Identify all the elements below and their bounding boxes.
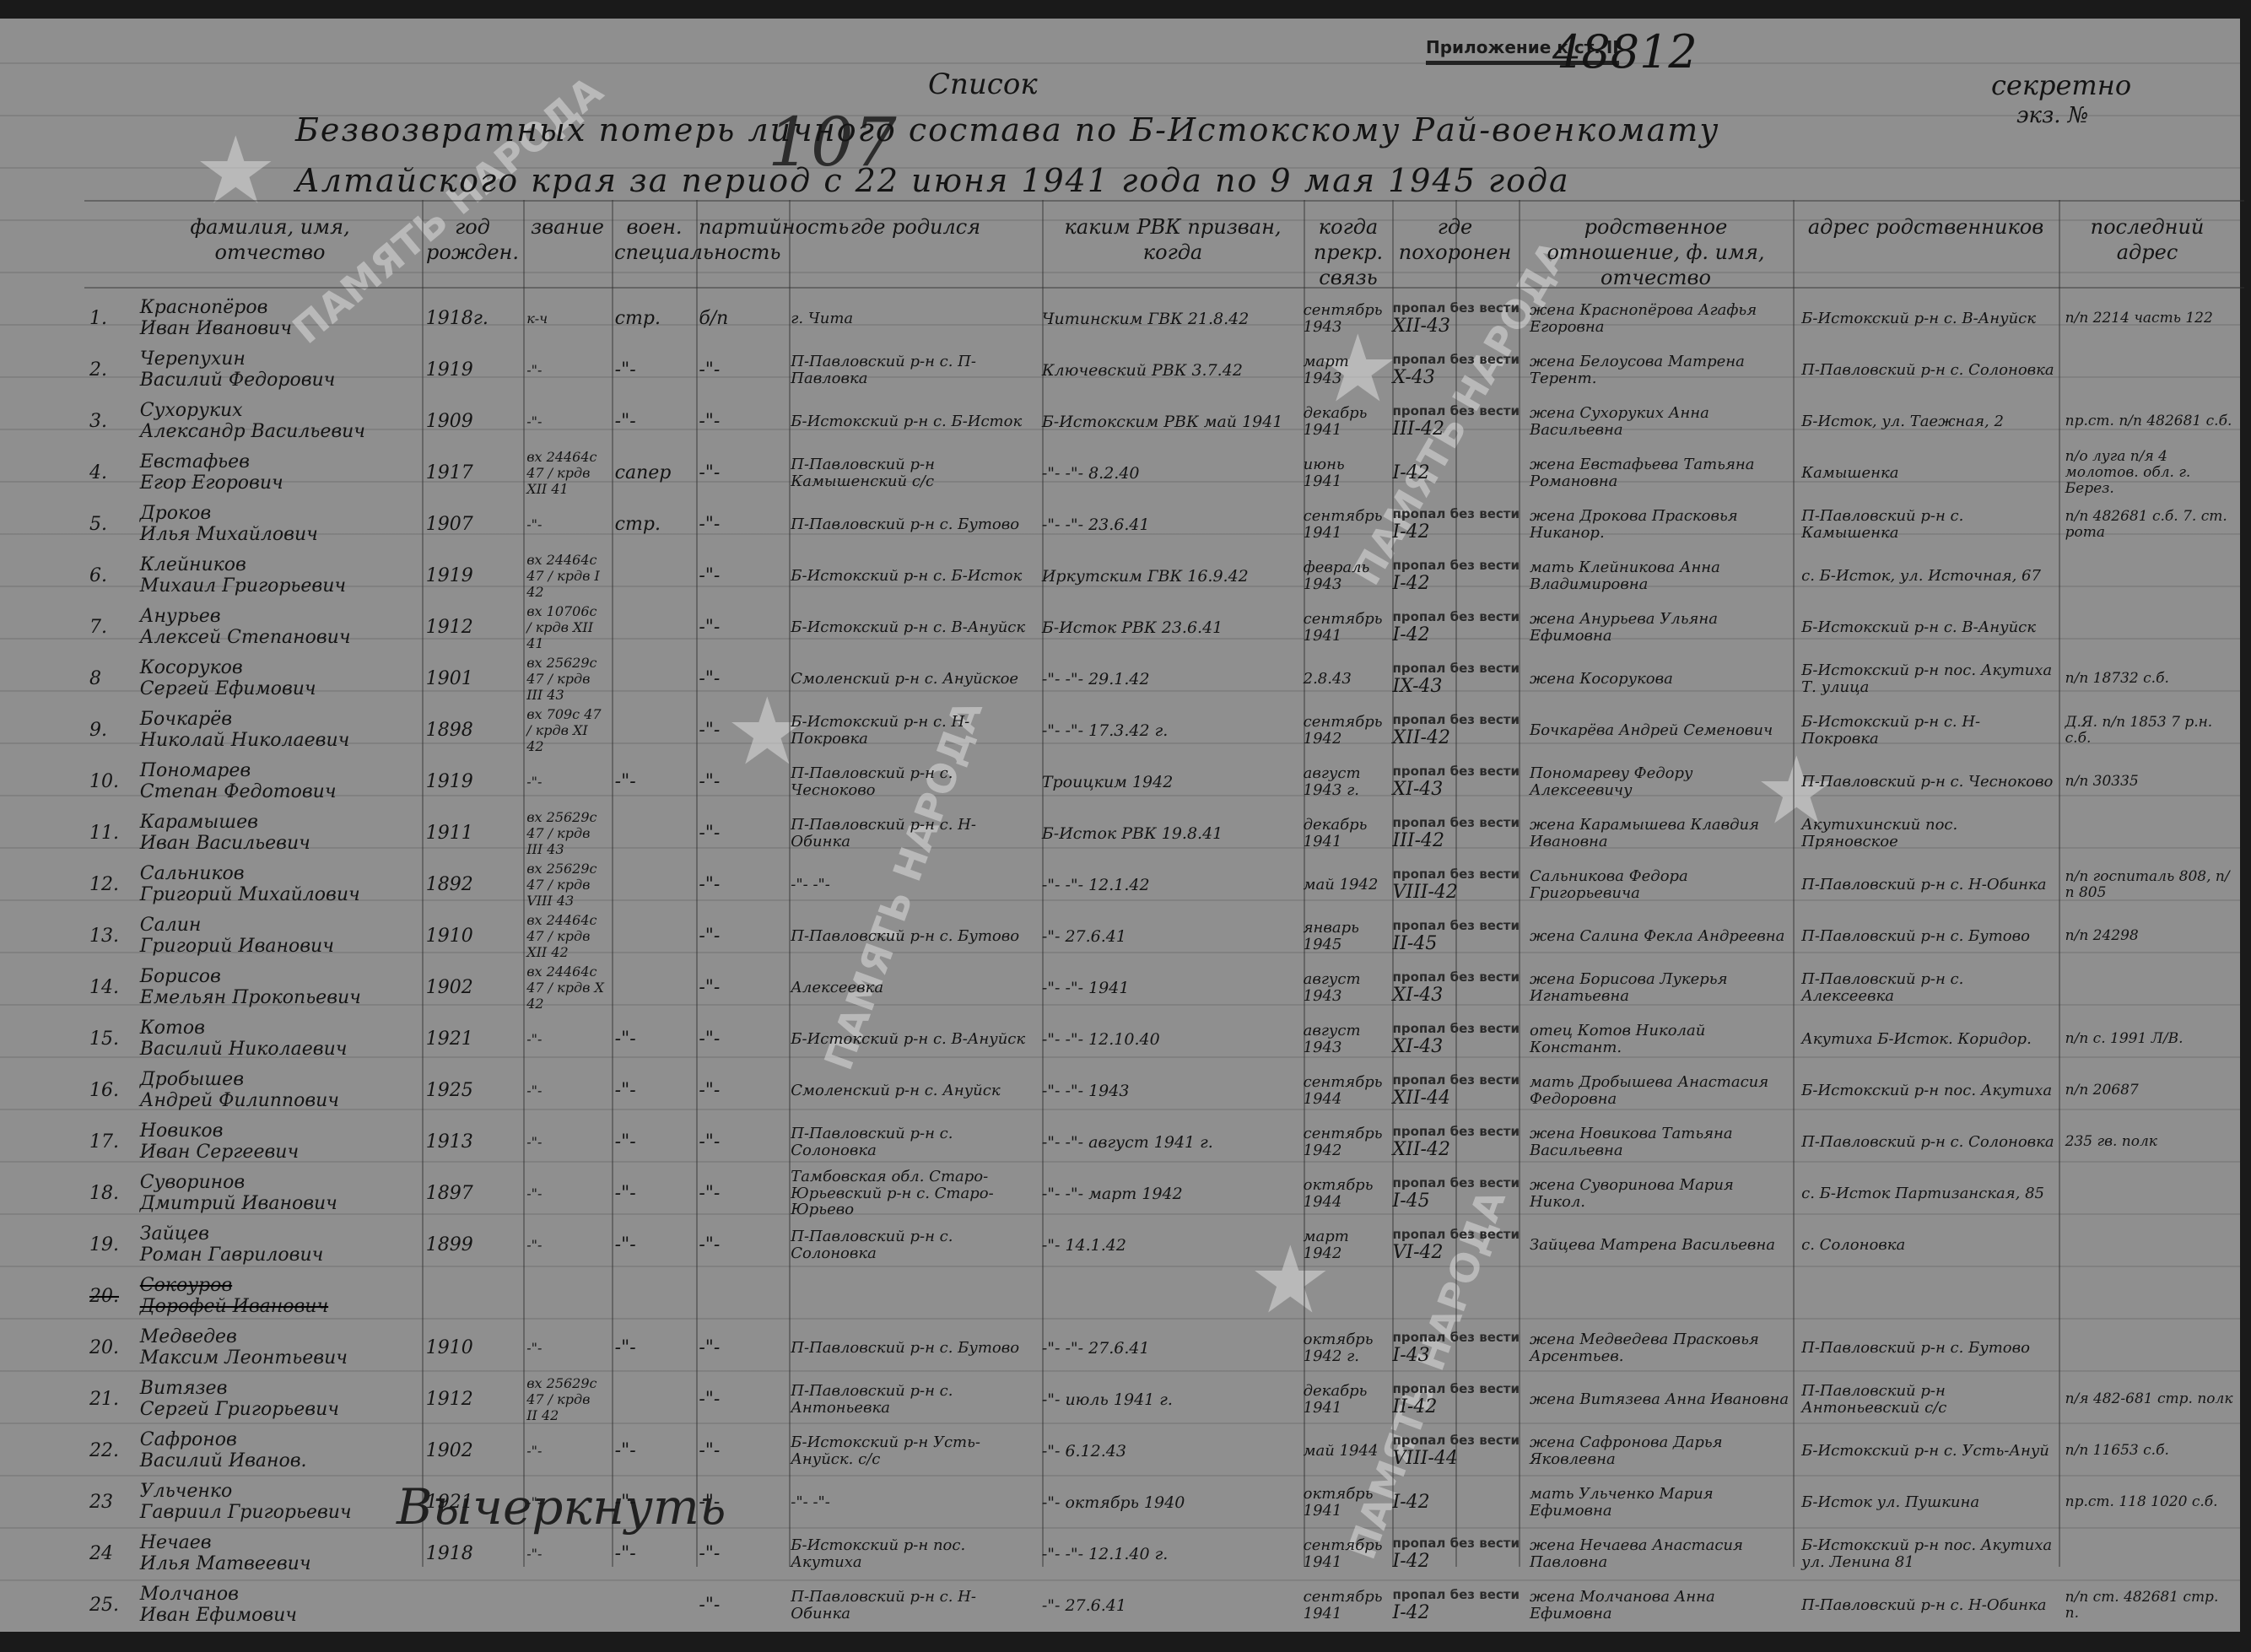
cell-year: 1902 (421, 962, 521, 1013)
cell-year: 1910 (421, 1322, 521, 1374)
strike-annotation: Вычеркнуть (397, 1478, 726, 1536)
cell-last-address: п/п госпиталь 808, п/п 805 (2060, 859, 2240, 910)
table-row: 4. ЕвстафьевЕгор Егорович 1917 вх 24464с… (84, 447, 2240, 499)
cell-relative: отец Котов Николай Констант. (1525, 1013, 1796, 1065)
cell-buried: пропал без вестиVIII-42 (1388, 859, 1525, 910)
cell-year (421, 1579, 521, 1631)
cell-year: 1912 (421, 1374, 521, 1425)
column-header-relative: родственное отношение, ф. имя, отчество (1523, 214, 1789, 290)
cell-lost-contact: сентябрь 1942 (1298, 1116, 1388, 1168)
missing-status: пропал без вести (1393, 506, 1520, 521)
cell-num: 1. (84, 293, 135, 344)
cell-num: 14. (84, 962, 135, 1013)
cell-last-address: п/п 30335 (2060, 756, 2240, 807)
cell-name: НовиковИван Сергеевич (135, 1116, 421, 1168)
cell-last-address: 235 гв. полк (2060, 1116, 2240, 1168)
cell-spec: стр. (610, 499, 694, 550)
cell-buried: пропал без вестиXII-42 (1388, 1116, 1525, 1168)
page-title: Список (928, 67, 1038, 101)
cell-num: 16. (84, 1065, 135, 1116)
column-header-last-address: последний адрес (2063, 214, 2232, 265)
cell-birthplace: П-Павловский р-н с. Солоновка (785, 1219, 1037, 1271)
cell-spec (610, 1374, 694, 1425)
cell-spec: -"- (610, 1168, 694, 1219)
cell-name: СальниковГригорий Михайлович (135, 859, 421, 910)
cell-relative (1525, 1271, 1796, 1322)
missing-status: пропал без вести (1393, 1175, 1520, 1190)
cell-name: СафроновВасилий Иванов. (135, 1425, 421, 1477)
surname: Пономарев (140, 761, 416, 781)
cell-year: 1910 (421, 910, 521, 962)
table-row: 19. ЗайцевРоман Гаврилович 1899 -"- -"- … (84, 1219, 2240, 1271)
cell-name: СувориновДмитрий Иванович (135, 1168, 421, 1219)
buried-value: I-42 (1393, 1602, 1430, 1623)
cell-birthplace: П-Павловский р-н с. Бутово (785, 910, 1037, 962)
buried-value: I-42 (1393, 573, 1430, 594)
cell-relative-address: с. Б-Исток, ул. Источная, 67 (1796, 550, 2059, 602)
cell-spec: стр. (610, 293, 694, 344)
cell-spec: -"- (610, 1528, 694, 1579)
cell-last-address (2060, 1271, 2240, 1322)
cell-buried: пропал без вестиIII-42 (1388, 396, 1525, 447)
cell-name: БорисовЕмельян Прокопьевич (135, 962, 421, 1013)
table-row: 6. КлейниковМихаил Григорьевич 1919 вх 2… (84, 550, 2240, 602)
buried-value: XII-42 (1393, 727, 1450, 748)
given-names: Сергей Григорьевич (140, 1400, 416, 1420)
cell-relative: жена Дрокова Прасковья Никанор. (1525, 499, 1796, 550)
cell-relative: жена Нечаева Анастасия Павловна (1525, 1528, 1796, 1579)
cell-lost-contact (1298, 1271, 1388, 1322)
cell-buried: пропал без вестиX-43 (1388, 344, 1525, 396)
cell-birthplace: Б-Истокский р-н Усть-Ануйск. с/с (785, 1425, 1037, 1477)
cell-last-address: пр.ст. 118 1020 с.б. (2060, 1477, 2240, 1528)
cell-drafted: Читинским ГВК 21.8.42 (1037, 293, 1298, 344)
missing-status: пропал без вести (1393, 764, 1520, 779)
cell-relative-address: Б-Истокский р-н с. В-Ануйск (1796, 602, 2059, 653)
cell-drafted: -"- -"- 1943 (1037, 1065, 1298, 1116)
cell-birthplace: -"- -"- (785, 1477, 1037, 1528)
given-names: Иван Иванович (140, 319, 416, 339)
cell-drafted: Ключевский РВК 3.7.42 (1037, 344, 1298, 396)
column-header-name: фамилия, имя, отчество (135, 214, 405, 265)
cell-spec (610, 910, 694, 962)
cell-spec (610, 705, 694, 756)
cell-last-address: п/я 482-681 стр. полк (2060, 1374, 2240, 1425)
cell-buried: пропал без вестиI-45 (1388, 1168, 1525, 1219)
cell-party: -"- (694, 705, 785, 756)
cell-year: 1898 (421, 705, 521, 756)
cell-name: КарамышевИван Васильевич (135, 807, 421, 859)
cell-relative-address: П-Павловский р-н с. Солоновка (1796, 344, 2059, 396)
cell-name: СухорукихАлександр Васильевич (135, 396, 421, 447)
cell-last-address: п/п 18732 с.б. (2060, 653, 2240, 705)
cell-num: 24 (84, 1528, 135, 1579)
cell-year: 1925 (421, 1065, 521, 1116)
buried-value: I-43 (1393, 1345, 1430, 1366)
cell-drafted: -"- 27.6.41 (1037, 1579, 1298, 1631)
cell-num: 19. (84, 1219, 135, 1271)
cell-rank: вх 25629с 47 / крдв III 43 (521, 653, 609, 705)
cell-buried: пропал без вестиXI-43 (1388, 756, 1525, 807)
column-header-buried: где похоронен (1394, 214, 1516, 265)
cell-last-address: Д.Я. п/п 1853 7 р.н. с.б. (2060, 705, 2240, 756)
cell-buried: пропал без вестиII-42 (1388, 1374, 1525, 1425)
buried-value: XI-43 (1393, 985, 1444, 1006)
cell-last-address: п/п с. 1991 Л/В. (2060, 1013, 2240, 1065)
cell-rank: вх 24464с 47 / крдв XII 42 (521, 910, 609, 962)
cell-num: 4. (84, 447, 135, 499)
cell-relative: жена Витязева Анна Ивановна (1525, 1374, 1796, 1425)
cell-relative-address: Б-Истокский р-н пос. Акутиха ул. Ленина … (1796, 1528, 2059, 1579)
column-header-party: партийность (699, 214, 787, 240)
cell-drafted: -"- июль 1941 г. (1037, 1374, 1298, 1425)
given-names: Егор Егорович (140, 473, 416, 494)
cell-buried: пропал без вестиI-42 (1388, 499, 1525, 550)
cell-lost-contact: 2.8.43 (1298, 653, 1388, 705)
buried-value: IX-43 (1393, 676, 1443, 697)
cell-year: 1897 (421, 1168, 521, 1219)
cell-birthplace: П-Павловский р-н с. Бутово (785, 1322, 1037, 1374)
cell-relative: жена Краснопёрова Агафья Егоровна (1525, 293, 1796, 344)
losses-table: 1. КраснопёровИван Иванович 1918г. к-ч с… (84, 293, 2240, 1631)
given-names: Иван Сергеевич (140, 1142, 416, 1163)
cell-name: МолчановИван Ефимович (135, 1579, 421, 1631)
cell-last-address: п/п 20687 (2060, 1065, 2240, 1116)
cell-num: 9. (84, 705, 135, 756)
cell-year: 1892 (421, 859, 521, 910)
surname: Борисов (140, 967, 416, 987)
surname: Салин (140, 915, 416, 936)
table-row: 2. ЧерепухинВасилий Федорович 1919 -"- -… (84, 344, 2240, 396)
column-header-relative-address: адрес родственников (1797, 214, 2054, 240)
buried-value: III-42 (1393, 830, 1445, 851)
given-names: Николай Николаевич (140, 731, 416, 751)
cell-birthplace: Б-Истокский р-н с. Н-Покровка (785, 705, 1037, 756)
cell-rank: вх 24464с 47 / крдв X 42 (521, 962, 609, 1013)
cell-lost-contact: январь 1945 (1298, 910, 1388, 962)
cell-spec: сапер (610, 447, 694, 499)
surname: Дробышев (140, 1070, 416, 1090)
cell-name: ВитязевСергей Григорьевич (135, 1374, 421, 1425)
buried-value: I-42 (1393, 462, 1430, 483)
cell-relative-address: Б-Истокский р-н с. Усть-Ануй (1796, 1425, 2059, 1477)
cell-buried: пропал без вестиXII-42 (1388, 705, 1525, 756)
missing-status: пропал без вести (1393, 712, 1520, 727)
cell-buried: пропал без вестиI-42 (1388, 550, 1525, 602)
cell-buried: пропал без вестиI-42 (1388, 1528, 1525, 1579)
cell-name: ЕвстафьевЕгор Егорович (135, 447, 421, 499)
cell-relative: Пономареву Федору Алексеевичу (1525, 756, 1796, 807)
table-row: 10. ПономаревСтепан Федотович 1919 -"- -… (84, 756, 2240, 807)
cell-name: НечаевИлья Матвеевич (135, 1528, 421, 1579)
missing-status: пропал без вести (1393, 609, 1520, 624)
cell-name: ДробышевАндрей Филиппович (135, 1065, 421, 1116)
cell-year: 1919 (421, 550, 521, 602)
cell-spec: -"- (610, 756, 694, 807)
cell-spec (610, 653, 694, 705)
buried-value: III-42 (1393, 418, 1445, 440)
cell-lost-contact: сентябрь 1941 (1298, 602, 1388, 653)
cell-lost-contact: март 1943 (1298, 344, 1388, 396)
buried-value: XII-42 (1393, 1139, 1450, 1160)
table-row: 17. НовиковИван Сергеевич 1913 -"- -"- -… (84, 1116, 2240, 1168)
cell-birthplace: Тамбовская обл. Старо-Юрьевский р-н с. С… (785, 1168, 1037, 1219)
buried-value: XII-44 (1393, 1088, 1450, 1109)
surname: Сокоуров (140, 1276, 416, 1296)
cell-relative: жена Новикова Татьяна Васильевна (1525, 1116, 1796, 1168)
cell-year (421, 1271, 521, 1322)
cell-drafted: -"- -"- август 1941 г. (1037, 1116, 1298, 1168)
cell-lost-contact: декабрь 1941 (1298, 807, 1388, 859)
given-names: Максим Леонтьевич (140, 1348, 416, 1369)
cell-spec: -"- (610, 1219, 694, 1271)
given-names: Дорофей Иванович (140, 1297, 416, 1317)
cell-num: 20. (84, 1271, 135, 1322)
cell-relative: жена Сухоруких Анна Васильевна (1525, 396, 1796, 447)
secrecy-mark: секретно (1991, 69, 2131, 101)
cell-rank: -"- (521, 1116, 609, 1168)
cell-drafted: -"- -"- 8.2.40 (1037, 447, 1298, 499)
cell-relative: мать Клейникова Анна Владимировна (1525, 550, 1796, 602)
cell-party: -"- (694, 447, 785, 499)
column-header-rank: звание (527, 214, 607, 240)
cell-lost-contact: сентябрь 1941 (1298, 499, 1388, 550)
missing-status: пропал без вести (1393, 1124, 1520, 1139)
table-row: 16. ДробышевАндрей Филиппович 1925 -"- -… (84, 1065, 2240, 1116)
cell-rank (521, 1271, 609, 1322)
divider (84, 200, 2244, 202)
cell-buried (1388, 1271, 1525, 1322)
cell-relative-address: Б-Истокский р-н пос. Акутиха Т. улица (1796, 653, 2059, 705)
cell-num: 15. (84, 1013, 135, 1065)
cell-year: 1907 (421, 499, 521, 550)
cell-num: 17. (84, 1116, 135, 1168)
cell-relative-address: Акутиха Б-Исток. Коридор. (1796, 1013, 2059, 1065)
cell-num: 21. (84, 1374, 135, 1425)
table-row: 24 НечаевИлья Матвеевич 1918 -"- -"- -"-… (84, 1528, 2240, 1579)
table-row: 25. МолчановИван Ефимович -"- П-Павловск… (84, 1579, 2240, 1631)
cell-drafted: Б-Исток РВК 23.6.41 (1037, 602, 1298, 653)
cell-buried: пропал без вестиI-43 (1388, 1322, 1525, 1374)
table-row: 18. СувориновДмитрий Иванович 1897 -"- -… (84, 1168, 2240, 1219)
surname: Дроков (140, 504, 416, 524)
cell-relative-address: с. Б-Исток Партизанская, 85 (1796, 1168, 2059, 1219)
cell-party: -"- (694, 1065, 785, 1116)
given-names: Илья Михайлович (140, 525, 416, 545)
cell-spec (610, 859, 694, 910)
cell-year: 1919 (421, 756, 521, 807)
surname: Новиков (140, 1121, 416, 1142)
cell-spec (610, 602, 694, 653)
cell-year: 1921 (421, 1013, 521, 1065)
cell-lost-contact: октябрь 1944 (1298, 1168, 1388, 1219)
missing-status: пропал без вести (1393, 403, 1520, 418)
cell-last-address: п/п 2214 часть 122 (2060, 293, 2240, 344)
missing-status: пропал без вести (1393, 352, 1520, 367)
buried-value: VIII-44 (1393, 1448, 1458, 1469)
cell-party: -"- (694, 910, 785, 962)
surname: Ульченко (140, 1482, 416, 1502)
cell-birthplace: г. Чита (785, 293, 1037, 344)
table-row: 22. СафроновВасилий Иванов. 1902 -"- -"-… (84, 1425, 2240, 1477)
given-names: Василий Иванов. (140, 1451, 416, 1471)
cell-birthplace: П-Павловский р-н с. Н-Обинка (785, 807, 1037, 859)
table-row: 13. СалинГригорий Иванович 1910 вх 24464… (84, 910, 2240, 962)
given-names: Алексей Степанович (140, 628, 416, 648)
cell-birthplace: Смоленский р-н с. Ануйск (785, 1065, 1037, 1116)
cell-name: КотовВасилий Николаевич (135, 1013, 421, 1065)
cell-party: -"- (694, 344, 785, 396)
surname: Косоруков (140, 658, 416, 678)
surname: Клейников (140, 555, 416, 575)
table-row: 1. КраснопёровИван Иванович 1918г. к-ч с… (84, 293, 2240, 344)
cell-lost-contact: август 1943 (1298, 962, 1388, 1013)
cell-last-address (2060, 344, 2240, 396)
cell-name: МедведевМаксим Леонтьевич (135, 1322, 421, 1374)
cell-birthplace: -"- -"- (785, 859, 1037, 910)
missing-status: пропал без вести (1393, 1381, 1520, 1396)
cell-relative-address: Б-Истокский р-н с. В-Ануйск (1796, 293, 2059, 344)
cell-rank: вх 25629с 47 / крдв VIII 43 (521, 859, 609, 910)
surname: Бочкарёв (140, 710, 416, 730)
missing-status: пропал без вести (1393, 866, 1520, 882)
cell-party (694, 1271, 785, 1322)
cell-num: 22. (84, 1425, 135, 1477)
cell-year: 1919 (421, 344, 521, 396)
cell-buried: пропал без вестиIX-43 (1388, 653, 1525, 705)
cell-party: -"- (694, 1322, 785, 1374)
table-row: 9. БочкарёвНиколай Николаевич 1898 вх 70… (84, 705, 2240, 756)
cell-drafted: -"- -"- 27.6.41 (1037, 1322, 1298, 1374)
document-sheet: ★ ПАМЯТЬ НАРОДА ★ ПАМЯТЬ НАРОДА ★ ПАМЯТЬ… (0, 19, 2240, 1632)
cell-num: 8 (84, 653, 135, 705)
cell-name: УльченкоГавриил Григорьевич (135, 1477, 421, 1528)
cell-lost-contact: октябрь 1941 (1298, 1477, 1388, 1528)
cell-drafted: -"- 27.6.41 (1037, 910, 1298, 962)
cell-lost-contact: август 1943 (1298, 1013, 1388, 1065)
table-row: 21. ВитязевСергей Григорьевич 1912 вх 25… (84, 1374, 2240, 1425)
cell-spec: -"- (610, 396, 694, 447)
missing-status: пропал без вести (1393, 1021, 1520, 1036)
cell-rank: к-ч (521, 293, 609, 344)
cell-drafted: -"- -"- 12.1.40 г. (1037, 1528, 1298, 1579)
table-row: 11. КарамышевИван Васильевич 1911 вх 256… (84, 807, 2240, 859)
buried-value: VIII-42 (1393, 882, 1458, 903)
column-header-year: год рожден. (426, 214, 519, 265)
cell-relative-address: Б-Истокский р-н с. Н-Покровка (1796, 705, 2059, 756)
cell-buried: пропал без вестиII-45 (1388, 910, 1525, 962)
buried-value: II-42 (1393, 1396, 1438, 1417)
cell-spec: -"- (610, 1425, 694, 1477)
column-header-drafted: каким РВК призван, когда (1046, 214, 1299, 265)
cell-num: 7. (84, 602, 135, 653)
cell-drafted (1037, 1271, 1298, 1322)
cell-name: АнурьевАлексей Степанович (135, 602, 421, 653)
archive-number: 48812 (1552, 25, 1698, 78)
cell-party: -"- (694, 1168, 785, 1219)
table-row: 12. СальниковГригорий Михайлович 1892 вх… (84, 859, 2240, 910)
cell-last-address: п/п ст. 482681 стр. п. (2060, 1579, 2240, 1631)
cell-name: КосоруковСергей Ефимович (135, 653, 421, 705)
cell-buried: пропал без вестиVIII-44 (1388, 1425, 1525, 1477)
cell-relative-address: Акутихинский пос. Пряновское (1796, 807, 2059, 859)
cell-rank: -"- (521, 1528, 609, 1579)
cell-year: 1912 (421, 602, 521, 653)
cell-relative: мать Ульченко Мария Ефимовна (1525, 1477, 1796, 1528)
cell-name: ДроковИлья Михайлович (135, 499, 421, 550)
cell-relative-address: Б-Истокский р-н пос. Акутиха (1796, 1065, 2059, 1116)
page-subtitle-line-1: Безвозвратных потерь личного состава по … (295, 111, 1719, 148)
cell-lost-contact: сентябрь 1941 (1298, 1579, 1388, 1631)
cell-relative: Сальникова Федора Григорьевича (1525, 859, 1796, 910)
surname: Карамышев (140, 813, 416, 833)
cell-drafted: -"- -"- 17.3.42 г. (1037, 705, 1298, 756)
given-names: Степан Федотович (140, 782, 416, 802)
cell-buried: пропал без вестиVI-42 (1388, 1219, 1525, 1271)
cell-rank: -"- (521, 499, 609, 550)
cell-num: 25. (84, 1579, 135, 1631)
cell-drafted: -"- -"- 29.1.42 (1037, 653, 1298, 705)
given-names: Григорий Михайлович (140, 885, 416, 905)
buried-value: I-42 (1393, 1492, 1430, 1513)
cell-party: -"- (694, 653, 785, 705)
cell-party: -"- (694, 1013, 785, 1065)
cell-party: -"- (694, 1116, 785, 1168)
table-row: 20. СокоуровДорофей Иванович (84, 1271, 2240, 1322)
cell-rank: вх 24464с 47 / крдв XII 41 (521, 447, 609, 499)
surname: Нечаев (140, 1533, 416, 1553)
cell-num: 18. (84, 1168, 135, 1219)
cell-relative: жена Молчанова Анна Ефимовна (1525, 1579, 1796, 1631)
cell-drafted: Б-Истокским РВК май 1941 (1037, 396, 1298, 447)
cell-relative: жена Евстафьева Татьяна Романовна (1525, 447, 1796, 499)
cell-spec: -"- (610, 1065, 694, 1116)
cell-lost-contact: март 1942 (1298, 1219, 1388, 1271)
cell-year: 1917 (421, 447, 521, 499)
cell-drafted: -"- 6.12.43 (1037, 1425, 1298, 1477)
cell-birthplace: П-Павловский р-н с. Солоновка (785, 1116, 1037, 1168)
cell-relative-address: Б-Исток ул. Пушкина (1796, 1477, 2059, 1528)
given-names: Сергей Ефимович (140, 679, 416, 699)
cell-last-address: п/п 24298 (2060, 910, 2240, 962)
buried-value: I-42 (1393, 1551, 1430, 1572)
page-subtitle-line-2: Алтайского края за период с 22 июня 1941… (295, 162, 1570, 199)
buried-value: I-45 (1393, 1190, 1430, 1212)
cell-num: 20. (84, 1322, 135, 1374)
margin-note: 107 (768, 103, 897, 181)
cell-party: б/п (694, 293, 785, 344)
cell-relative-address: П-Павловский р-н с. Алексеевка (1796, 962, 2059, 1013)
buried-value: XI-43 (1393, 1036, 1444, 1057)
surname: Суворинов (140, 1173, 416, 1193)
cell-last-address: п/п 11653 с.б. (2060, 1425, 2240, 1477)
cell-rank: вх 709с 47 / крдв XI 42 (521, 705, 609, 756)
cell-lost-contact: август 1943 г. (1298, 756, 1388, 807)
cell-year: 1899 (421, 1219, 521, 1271)
cell-party: -"- (694, 1579, 785, 1631)
given-names: Илья Матвеевич (140, 1554, 416, 1574)
cell-birthplace: П-Павловский р-н с. Н-Обинка (785, 1579, 1037, 1631)
cell-rank: вх 25629с 47 / крдв II 42 (521, 1374, 609, 1425)
cell-num: 11. (84, 807, 135, 859)
surname: Сухоруких (140, 401, 416, 421)
surname: Котов (140, 1018, 416, 1039)
cell-relative-address: П-Павловский р-н с. Солоновка (1796, 1116, 2059, 1168)
cell-num: 5. (84, 499, 135, 550)
cell-drafted: -"- 14.1.42 (1037, 1219, 1298, 1271)
surname: Сафронов (140, 1430, 416, 1450)
cell-lost-contact: сентябрь 1944 (1298, 1065, 1388, 1116)
